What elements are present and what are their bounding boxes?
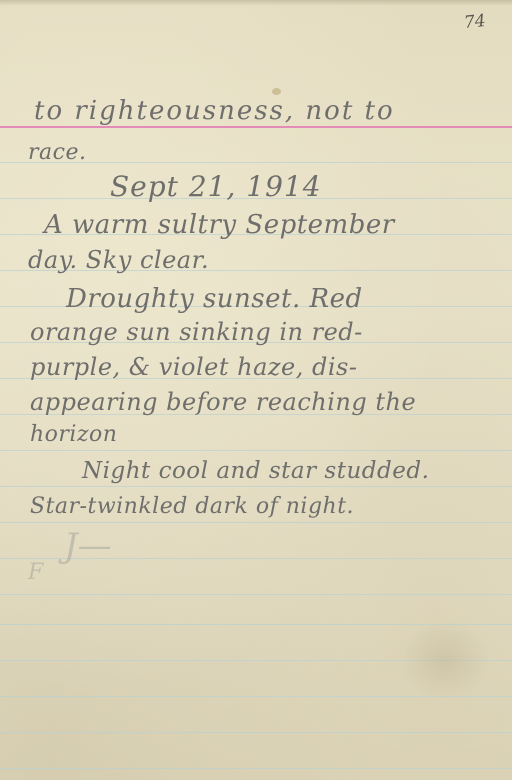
bleed-through-text: J—	[64, 526, 112, 566]
handwritten-line: horizon	[30, 422, 117, 447]
handwritten-line: appearing before reaching the	[30, 388, 416, 416]
handwritten-line: day. Sky clear.	[28, 246, 209, 274]
ruled-line	[0, 768, 512, 769]
ruled-line	[0, 450, 512, 451]
ruled-line	[0, 732, 512, 733]
pink-margin-line	[0, 126, 512, 128]
ruled-line	[0, 486, 512, 487]
ink-stain	[272, 88, 281, 95]
handwritten-line: Night cool and star studded.	[82, 458, 429, 484]
page-top-edge	[0, 0, 512, 6]
paper-smudge	[400, 620, 490, 700]
handwritten-line: Droughty sunset. Red	[66, 284, 363, 314]
handwritten-line: purple, & violet haze, dis-	[30, 353, 357, 381]
ruled-line	[0, 522, 512, 523]
handwritten-line: race.	[28, 140, 86, 165]
handwritten-line: Star-twinkled dark of night.	[30, 494, 354, 519]
page-number: 74	[463, 11, 487, 33]
ruled-line	[0, 594, 512, 595]
handwritten-line: A warm sultry September	[44, 210, 395, 240]
handwritten-line: to righteousness, not to	[34, 96, 395, 126]
bleed-through-text: F	[28, 560, 43, 585]
entry-date: Sept 21, 1914	[110, 170, 322, 203]
notebook-page: 74 to righteousness, not to race. Sept 2…	[0, 0, 512, 780]
handwritten-line: orange sun sinking in red-	[30, 318, 363, 346]
